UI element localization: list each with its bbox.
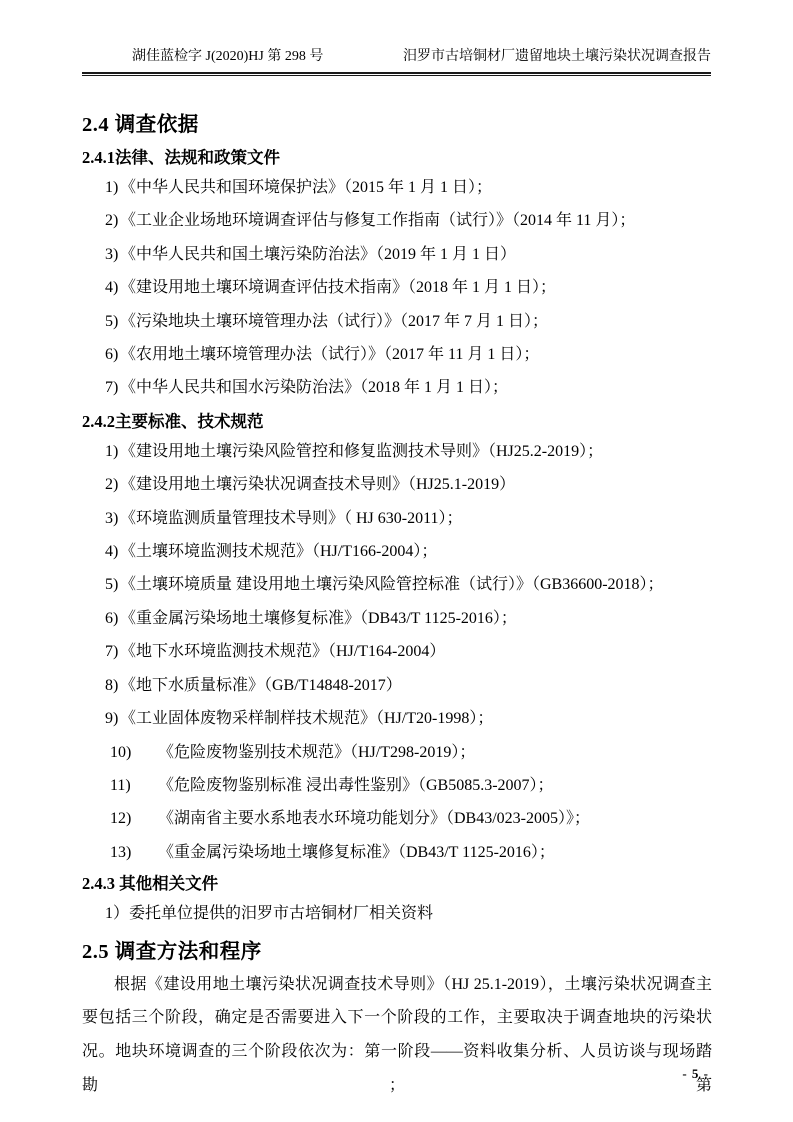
page-header: 湖佳蓝检字 J(2020)HJ 第 298 号 汨罗市古培铜材厂遗留地块土壤污染…	[82, 47, 711, 67]
header-report-title: 汨罗市古培铜材厂遗留地块土壤污染状况调查报告	[403, 47, 711, 67]
list-item-number: 1)	[105, 171, 120, 204]
law-policy-list: 1)《中华人民共和国环境保护法》（2015 年 1 月 1 日）； 2)《工业企…	[82, 171, 712, 405]
list-item: 6)《农用地土壤环境管理办法（试行）》（2017 年 11 月 1 日）；	[82, 338, 712, 371]
list-item-text: 《污染地块土壤环境管理办法（试行）》（2017 年 7 月 1 日）；	[120, 313, 548, 330]
section-heading-2-4: 2.4 调查依据	[82, 112, 712, 139]
list-item-number: 3)	[105, 238, 120, 271]
list-item-number: 10)	[110, 736, 158, 769]
list-item-number: 5)	[105, 305, 120, 338]
list-item: 4)《土壤环境监测技术规范》（HJ/T166-2004）；	[82, 535, 712, 568]
list-item-number: 2)	[105, 468, 120, 501]
survey-method-paragraph: 根据《建设用地土壤污染状况调查技术导则》（HJ 25.1-2019），土壤污染状…	[82, 968, 712, 1103]
list-item-number: 12)	[110, 802, 158, 835]
standards-list: 1)《建设用地土壤污染风险管控和修复监测技术导则》（HJ25.2-2019）； …	[82, 435, 712, 869]
list-item-number: 6)	[105, 338, 120, 371]
list-item: 13)《重金属污染场地土壤修复标准》（DB43/T 1125-2016）；	[82, 836, 712, 869]
list-item-text: 《建设用地土壤污染状况调查技术导则》（HJ25.1-2019）	[120, 476, 515, 493]
list-item-number: 7)	[105, 635, 120, 668]
list-item-text: 《湖南省主要水系地表水环境功能划分》（DB43/023-2005）》；	[158, 810, 590, 827]
list-item-text: 《危险废物鉴别技术规范》（HJ/T298-2019）；	[158, 744, 475, 761]
list-item-text: 《中华人民共和国土壤污染防治法》（2019 年 1 月 1 日）	[120, 246, 516, 263]
list-item-text: 《土壤环境质量 建设用地土壤污染风险管控标准（试行）》（GB36600-2018…	[120, 576, 664, 593]
list-item-text: 《环境监测质量管理技术导则》（ HJ 630-2011）；	[120, 510, 463, 527]
list-item: 5)《污染地块土壤环境管理办法（试行）》（2017 年 7 月 1 日）；	[82, 305, 712, 338]
list-item-number: 11)	[110, 769, 158, 802]
list-item-number: 1）	[105, 897, 129, 930]
list-item: 4)《建设用地土壤环境调查评估技术指南》（2018 年 1 月 1 日）；	[82, 271, 712, 304]
list-item-number: 3)	[105, 502, 120, 535]
subsection-heading-2-4-3: 2.4.3 其他相关文件	[82, 871, 712, 897]
list-item: 12)《湖南省主要水系地表水环境功能划分》（DB43/023-2005）》；	[82, 802, 712, 835]
list-item-text: 《土壤环境监测技术规范》（HJ/T166-2004）；	[120, 543, 437, 560]
list-item-number: 6)	[105, 602, 120, 635]
list-item: 9)《工业固体废物采样制样技术规范》（HJ/T20-1998）；	[82, 702, 712, 735]
list-item: 5)《土壤环境质量 建设用地土壤污染风险管控标准（试行）》（GB36600-20…	[82, 568, 712, 601]
list-item: 1）委托单位提供的汨罗市古培铜材厂相关资料	[82, 897, 712, 930]
list-item: 1)《中华人民共和国环境保护法》（2015 年 1 月 1 日）；	[82, 171, 712, 204]
list-item-text: 《重金属污染场地土壤修复标准》（DB43/T 1125-2016）；	[158, 844, 555, 861]
list-item: 6)《重金属污染场地土壤修复标准》（DB43/T 1125-2016）；	[82, 602, 712, 635]
list-item: 10)《危险废物鉴别技术规范》（HJ/T298-2019）；	[82, 736, 712, 769]
list-item-text: 《中华人民共和国环境保护法》（2015 年 1 月 1 日）；	[120, 179, 492, 196]
list-item-text: 《危险废物鉴别标准 浸出毒性鉴别》（GB5085.3-2007）；	[158, 777, 554, 794]
list-item: 7)《中华人民共和国水污染防治法》（2018 年 1 月 1 日）；	[82, 371, 712, 404]
document-content: 2.4 调查依据 2.4.1法律、法规和政策文件 1)《中华人民共和国环境保护法…	[82, 100, 712, 1103]
list-item-text: 《重金属污染场地土壤修复标准》（DB43/T 1125-2016）；	[120, 610, 517, 627]
list-item-text: 《建设用地土壤环境调查评估技术指南》（2018 年 1 月 1 日）；	[120, 279, 556, 296]
page-number: - 5 -	[682, 1066, 709, 1082]
list-item-text: 《农用地土壤环境管理办法（试行）》（2017 年 11 月 1 日）；	[120, 346, 539, 363]
list-item: 1)《建设用地土壤污染风险管控和修复监测技术导则》（HJ25.2-2019）；	[82, 435, 712, 468]
list-item: 7)《地下水环境监测技术规范》（HJ/T164-2004）	[82, 635, 712, 668]
other-documents-list: 1）委托单位提供的汨罗市古培铜材厂相关资料	[82, 897, 712, 930]
list-item-number: 2)	[105, 204, 120, 237]
list-item-number: 7)	[105, 371, 120, 404]
list-item: 2)《工业企业场地环境调查评估与修复工作指南（试行）》（2014 年 11 月）…	[82, 204, 712, 237]
list-item: 8)《地下水质量标准》（GB/T14848-2017）	[82, 669, 712, 702]
subsection-heading-2-4-2: 2.4.2主要标准、技术规范	[82, 409, 712, 435]
list-item: 2)《建设用地土壤污染状况调查技术导则》（HJ25.1-2019）	[82, 468, 712, 501]
list-item-number: 4)	[105, 271, 120, 304]
list-item-text: 《地下水质量标准》（GB/T14848-2017）	[120, 677, 402, 694]
list-item-number: 13)	[110, 836, 158, 869]
list-item-number: 1)	[105, 435, 120, 468]
list-item-number: 5)	[105, 568, 120, 601]
list-item-number: 4)	[105, 535, 120, 568]
header-document-number: 湖佳蓝检字 J(2020)HJ 第 298 号	[132, 47, 323, 67]
list-item-text: 委托单位提供的汨罗市古培铜材厂相关资料	[129, 905, 433, 922]
section-heading-2-5: 2.5 调查方法和程序	[82, 939, 712, 966]
list-item-text: 《工业企业场地环境调查评估与修复工作指南（试行）》（2014 年 11 月）；	[120, 212, 635, 229]
list-item-text: 《中华人民共和国水污染防治法》（2018 年 1 月 1 日）；	[120, 379, 508, 396]
list-item-text: 《建设用地土壤污染风险管控和修复监测技术导则》（HJ25.2-2019）；	[120, 443, 603, 460]
list-item-text: 《地下水环境监测技术规范》（HJ/T164-2004）	[120, 643, 445, 660]
document-page: 湖佳蓝检字 J(2020)HJ 第 298 号 汨罗市古培铜材厂遗留地块土壤污染…	[0, 0, 793, 1122]
list-item: 3)《环境监测质量管理技术导则》（ HJ 630-2011）；	[82, 502, 712, 535]
header-rule	[82, 72, 711, 76]
subsection-heading-2-4-1: 2.4.1法律、法规和政策文件	[82, 145, 712, 171]
list-item-number: 8)	[105, 669, 120, 702]
list-item-number: 9)	[105, 702, 120, 735]
list-item-text: 《工业固体废物采样制样技术规范》（HJ/T20-1998）；	[120, 710, 493, 727]
list-item: 3)《中华人民共和国土壤污染防治法》（2019 年 1 月 1 日）	[82, 238, 712, 271]
list-item: 11)《危险废物鉴别标准 浸出毒性鉴别》（GB5085.3-2007）；	[82, 769, 712, 802]
